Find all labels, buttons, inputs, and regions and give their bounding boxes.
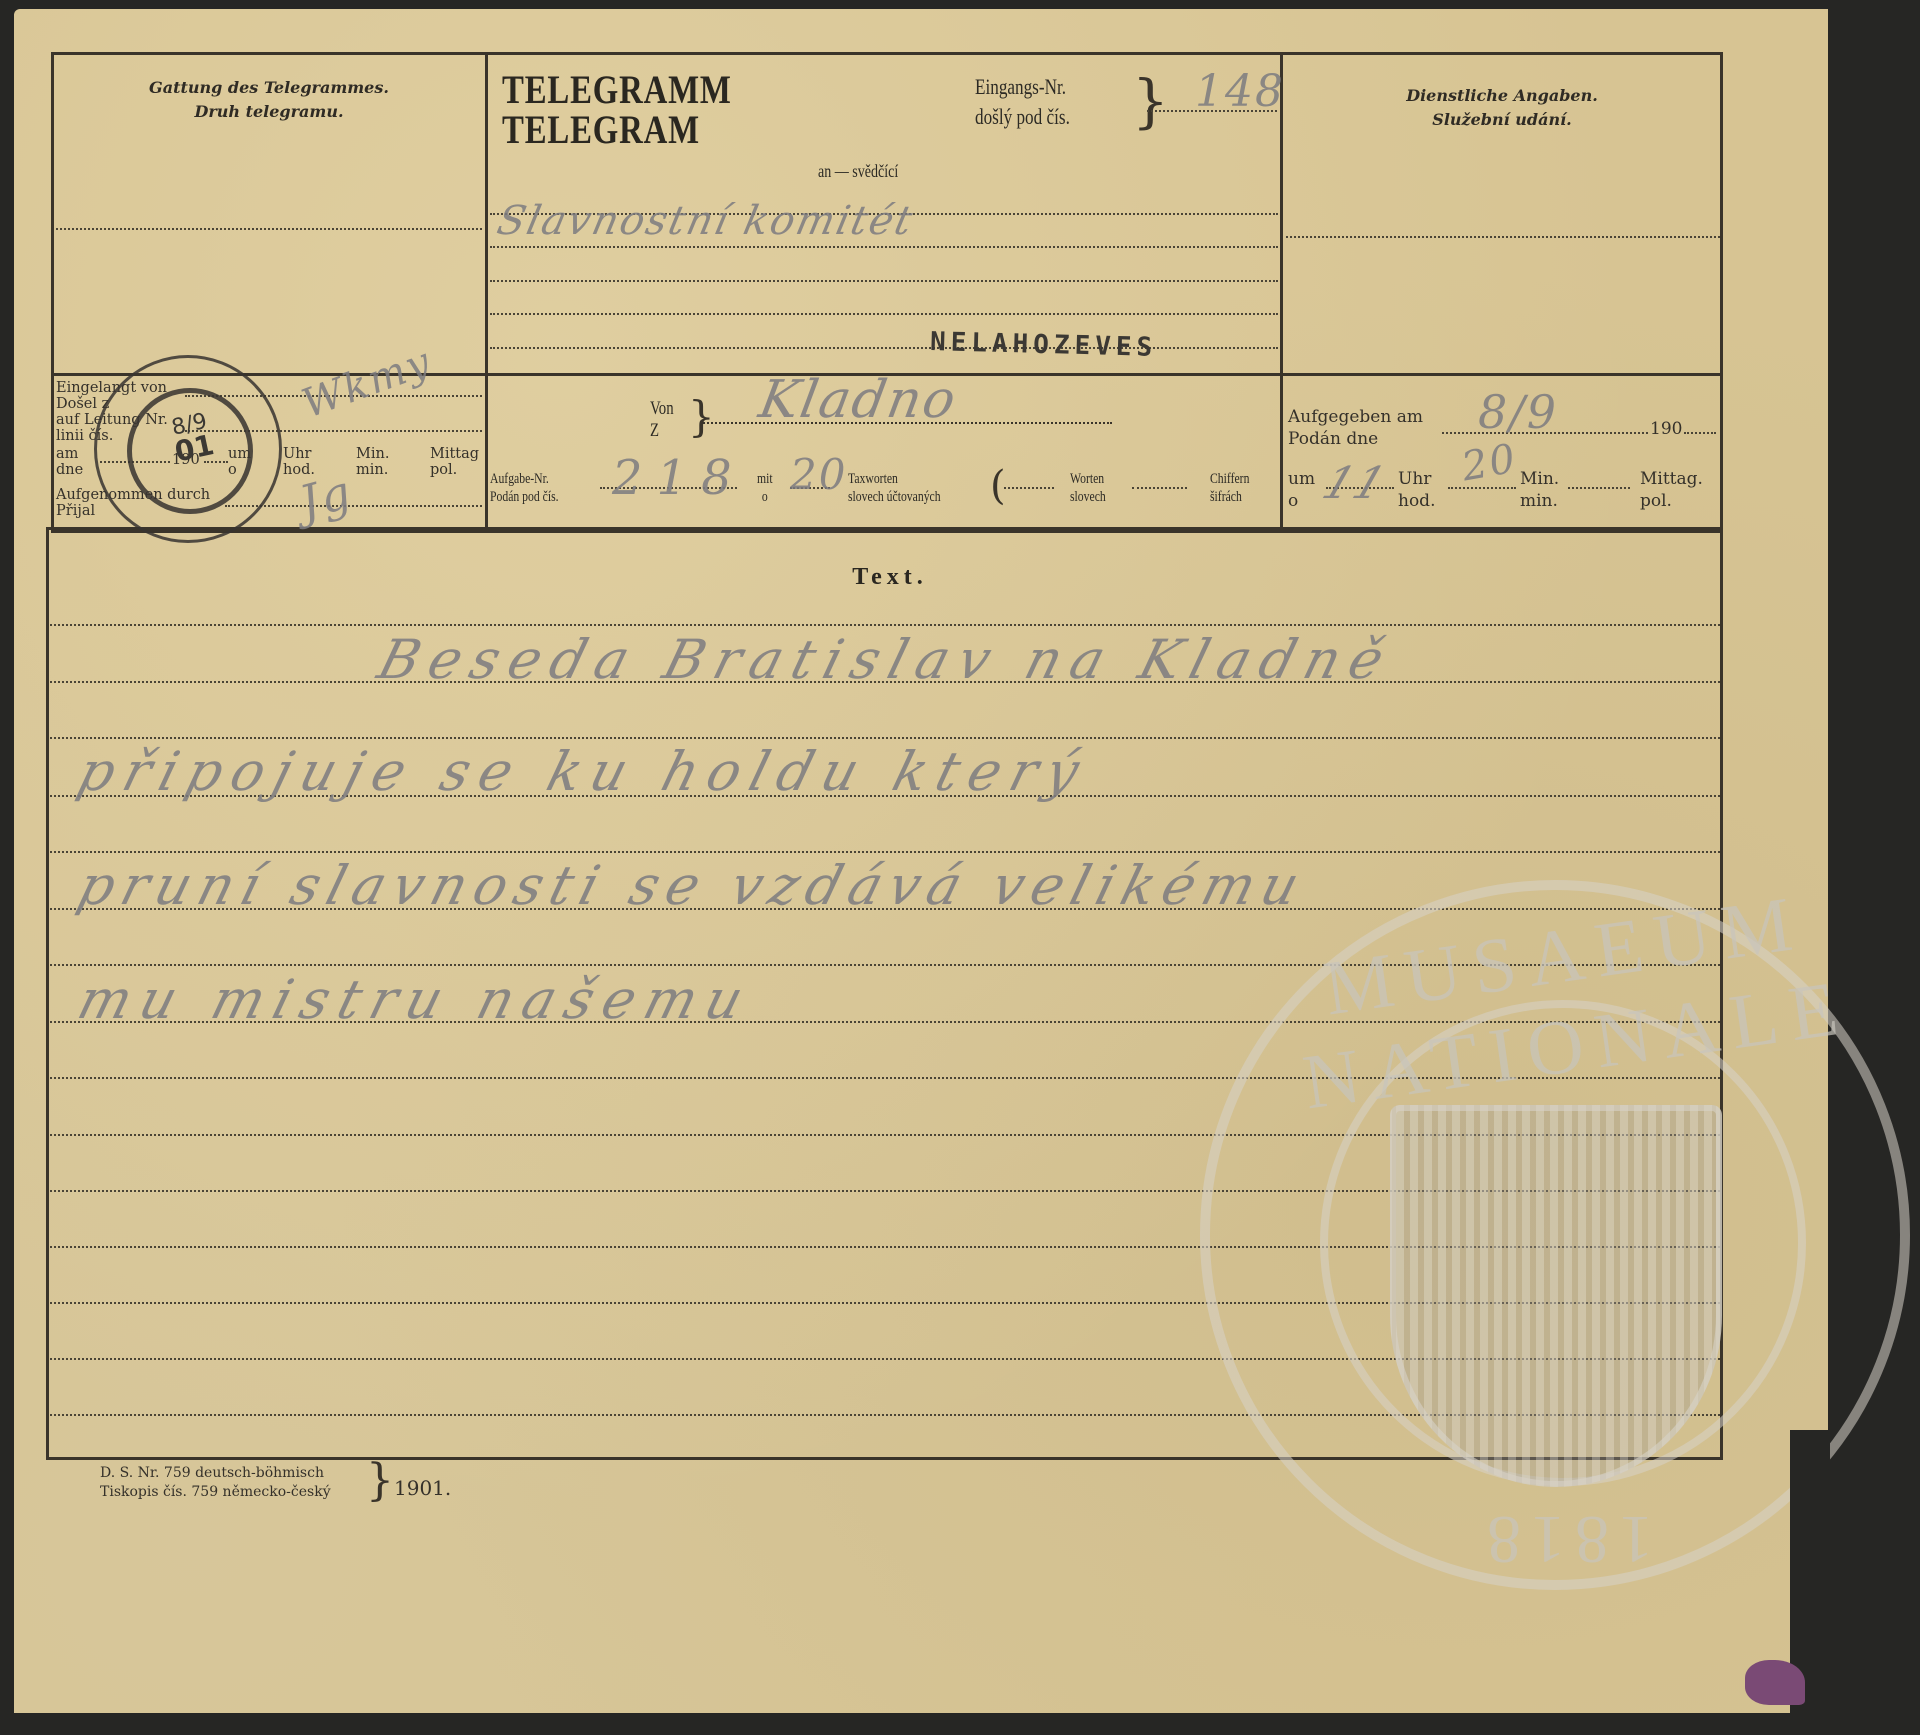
submitted-noon-de: Mittag. — [1640, 468, 1703, 490]
receipt-noon-label: Mittag pol. — [430, 446, 479, 478]
taxwords-de: Taxworten — [848, 470, 941, 488]
message-line-4: mu mistru našemu — [72, 968, 760, 1031]
filing-nr-handwritten: 218 — [612, 450, 746, 506]
text-heading: Text. — [800, 564, 980, 591]
addressee-line-4 — [490, 313, 1278, 315]
submitted-min-label: Min. min. — [1520, 468, 1559, 512]
submitted-noon-field — [1568, 487, 1630, 489]
addressee-label: an — svědčící — [818, 156, 898, 186]
submitted-noon-cs: pol. — [1640, 490, 1703, 512]
min-de: Min. — [356, 446, 389, 462]
dne-label: dne — [56, 462, 83, 478]
words-cs: slovech — [1070, 488, 1106, 506]
telegram-title: TELEGRAMM TELEGRAM — [502, 70, 732, 150]
cipher-de: Chiffern — [1210, 470, 1249, 488]
service-info-label: Dienstliche Angaben. Služební udání. — [1284, 84, 1720, 132]
noon-cs: pol. — [430, 462, 479, 478]
cipher-label: Chiffern šifrách — [1210, 470, 1249, 506]
words-field — [1004, 487, 1054, 489]
addressee-line-5 — [490, 347, 1278, 349]
taxwords-cs: slovech účtovaných — [848, 488, 941, 506]
from-place-handwritten: Kladno — [755, 370, 962, 430]
receipt-min-label: Min. min. — [356, 446, 389, 478]
text-line — [50, 624, 1720, 626]
cipher-cs: šifrách — [1210, 488, 1249, 506]
submitted-min-cs: min. — [1520, 490, 1559, 512]
from-brace: } — [688, 392, 715, 442]
cipher-field — [1132, 487, 1187, 489]
word-count-handwritten: 20 — [790, 450, 847, 499]
am-label: am — [56, 446, 78, 462]
incoming-nr-de: Eingangs-Nr. — [975, 72, 1070, 102]
text-line — [50, 851, 1720, 853]
form-year: 1901. — [394, 1476, 451, 1500]
museum-seal-shield — [1390, 1105, 1722, 1487]
message-line-1: Beseda Bratislav na Kladně — [372, 628, 1401, 691]
left-column-divider — [485, 54, 488, 530]
service-label-de: Dienstliche Angaben. — [1284, 84, 1720, 108]
type-field-line — [56, 228, 482, 230]
telegram-type-label-cs: Druh telegramu. — [54, 100, 484, 124]
addressee-handwritten: Slavnostní komitét — [493, 198, 918, 244]
addressee-line-2 — [490, 246, 1278, 248]
postmark-stamp: 8/9 01 MÜHLHAUSEN A. D. MOLDAU * NELAHOZ… — [94, 355, 282, 543]
form-number-cs: Tiskopis čís. 759 německo-český — [100, 1483, 331, 1502]
incoming-nr-label: Eingangs-Nr. došlý pod čís. — [975, 72, 1070, 132]
words-label: Worten slovech — [1070, 470, 1106, 506]
addressee-line-3 — [490, 280, 1278, 282]
right-column-divider — [1280, 54, 1283, 530]
submitted-o: o — [1288, 490, 1315, 512]
submitted-year-field — [1684, 432, 1716, 434]
submitted-hour-de: Uhr — [1398, 468, 1435, 490]
text-line — [50, 737, 1720, 739]
submitted-min-de: Min. — [1520, 468, 1559, 490]
taxwords-paren: ( — [990, 464, 1006, 508]
incoming-nr-cs: došlý pod čís. — [975, 102, 1070, 132]
with-de: mit — [757, 470, 773, 488]
purple-label-fragment — [1745, 1660, 1805, 1705]
from-label: Von Z — [650, 398, 674, 442]
title-cs: TELEGRAM — [502, 110, 732, 150]
filing-nr-de: Aufgabe-Nr. — [490, 470, 559, 488]
museum-seal-year: 1818 — [1450, 1500, 1680, 1579]
from-cs: Z — [650, 420, 674, 442]
with-cs: o — [757, 488, 773, 506]
submitted-noon-label: Mittag. pol. — [1640, 468, 1703, 512]
telegram-type-label: Gattung des Telegrammes. Druh telegramu. — [54, 76, 484, 124]
title-de: TELEGRAMM — [502, 70, 732, 110]
footer-brace: } — [366, 1456, 394, 1506]
submitted-cs: Podán dne — [1288, 428, 1423, 450]
submitted-year-prefix: 190 — [1650, 418, 1682, 440]
message-line-2: připojuje se ku holdu který — [72, 740, 1096, 803]
hour-de: Uhr — [283, 446, 315, 462]
service-field-line — [1286, 236, 1720, 238]
submitted-min-handwritten: 20 — [1458, 436, 1520, 491]
submitted-hour-cs: hod. — [1398, 490, 1435, 512]
submitted-um: um — [1288, 468, 1315, 490]
taxwords-label: Taxworten slovech účtovaných — [848, 470, 941, 506]
message-line-3: pruní slavnosti se vzdává velikému — [72, 854, 1314, 917]
form-number: D. S. Nr. 759 deutsch-böhmisch Tiskopis … — [100, 1464, 331, 1502]
words-de: Worten — [1070, 470, 1106, 488]
submitted-um-label: um o — [1288, 468, 1315, 512]
submitted-de: Aufgegeben am — [1288, 406, 1423, 428]
min-cs: min. — [356, 462, 389, 478]
noon-de: Mittag — [430, 446, 479, 462]
filing-nr-label: Aufgabe-Nr. Podán pod čís. — [490, 470, 559, 506]
form-number-de: D. S. Nr. 759 deutsch-böhmisch — [100, 1464, 331, 1483]
telegram-type-label-de: Gattung des Telegrammes. — [54, 76, 484, 100]
filing-nr-cs: Podán pod čís. — [490, 488, 559, 506]
incoming-nr-value: 148 — [1195, 66, 1285, 117]
from-de: Von — [650, 398, 674, 420]
incoming-nr-brace: } — [1132, 66, 1169, 136]
service-label-cs: Služební udání. — [1284, 108, 1720, 132]
submitted-label: Aufgegeben am Podán dne — [1288, 406, 1423, 450]
submitted-date-handwritten: 8/9 — [1478, 385, 1558, 439]
with-label: mit o — [757, 470, 773, 506]
submitted-hour-label: Uhr hod. — [1398, 468, 1435, 512]
receipt-date-row: am dne — [56, 446, 83, 478]
destination-stamp: NELAHOZEVES — [930, 327, 1158, 363]
